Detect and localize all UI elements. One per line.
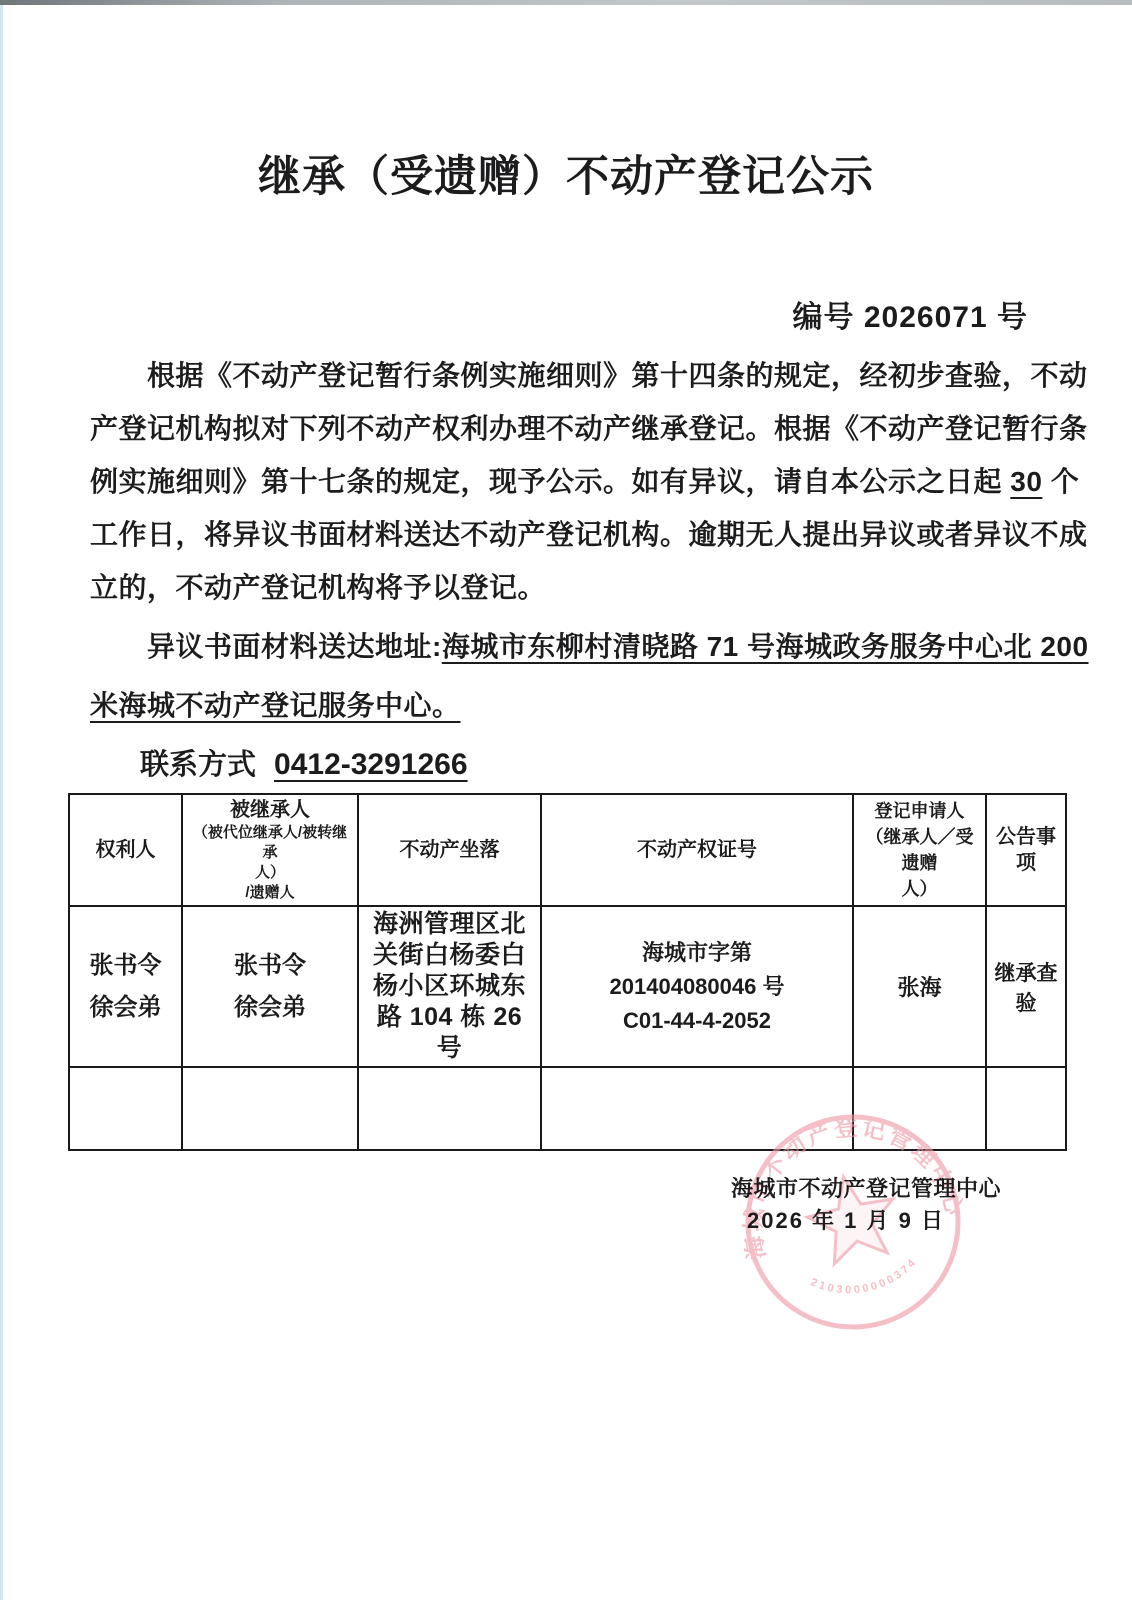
paragraph-line: 异议书面材料送达地址:海城市东柳村清晓路 71 号海城政务服务中心北 200 bbox=[90, 617, 1075, 676]
contact-label: 联系方式 bbox=[140, 749, 256, 781]
scan-left-edge bbox=[0, 5, 3, 1600]
location-unit-no: 26 bbox=[493, 1003, 522, 1031]
body-paragraph-2: 异议书面材料送达地址:海城市东柳村清晓路 71 号海城政务服务中心北 200 米… bbox=[90, 617, 1075, 735]
cell-applicant: 张海 bbox=[853, 906, 986, 1067]
document-page: 继承（受遗赠）不动产登记公示 编号 2026071 号 根据《不动产登记暂行条例… bbox=[0, 0, 1132, 1600]
seal-serial-number: 2103000000374 bbox=[807, 1254, 924, 1306]
location-text: 号 bbox=[437, 1034, 463, 1062]
announcement-table: 权利人 被继承人 （被代位继承人/被转继承 人） /遗赠人 不动产坐落 不动产权… bbox=[68, 793, 1067, 1151]
line-text: 例实施细则》第十七条的规定，现予公示。如有异议，请自本公示之日起 bbox=[90, 466, 1010, 497]
header-decedent-title: 被继承人 bbox=[186, 797, 354, 823]
paragraph-line: 产登记机构拟对下列不动产权利办理不动产继承登记。根据《不动产登记暂行条 bbox=[90, 402, 1075, 455]
paragraph-line: 立的，不动产登记机构将予以登记。 bbox=[90, 561, 1075, 614]
cell-announcement: 继承查验 bbox=[986, 906, 1066, 1067]
location-text: 栋 bbox=[453, 1003, 493, 1031]
scan-top-edge bbox=[0, 0, 1132, 5]
empty-cell bbox=[986, 1067, 1066, 1150]
header-announcement: 公告事项 bbox=[986, 794, 1066, 906]
contact-phone: 0412-3291266 bbox=[274, 748, 468, 781]
objection-days: 30 bbox=[1010, 466, 1042, 497]
cell-right-holder: 张书令 徐会弟 bbox=[69, 906, 182, 1067]
header-certificate: 不动产权证号 bbox=[541, 794, 853, 906]
header-decedent: 被继承人 （被代位继承人/被转继承 人） /遗赠人 bbox=[182, 794, 358, 906]
cell-certificate: 海城市字第 201404080046 号 C01-44-4-2052 bbox=[541, 906, 853, 1067]
address-label: 异议书面材料送达地址: bbox=[147, 631, 442, 662]
empty-cell bbox=[358, 1067, 541, 1150]
line-text: 个 bbox=[1042, 466, 1079, 497]
paragraph-line: 例实施细则》第十七条的规定，现予公示。如有异议，请自本公示之日起 30 个 bbox=[90, 455, 1075, 508]
empty-cell bbox=[69, 1067, 182, 1150]
header-location: 不动产坐落 bbox=[358, 794, 541, 906]
header-right-holder: 权利人 bbox=[69, 794, 182, 906]
issue-date: 2026 年 1 月 9 日 bbox=[636, 1204, 1056, 1235]
location-building-no: 104 bbox=[410, 1003, 453, 1031]
contact-line: 联系方式0412-3291266 bbox=[140, 742, 468, 783]
delivery-address-part1: 海城市东柳村清晓路 71 号海城政务服务中心北 200 bbox=[442, 631, 1089, 662]
empty-cell bbox=[182, 1067, 358, 1150]
issuer-name: 海城市不动产登记管理中心 bbox=[656, 1172, 1076, 1203]
body-paragraph-1: 根据《不动产登记暂行条例实施细则》第十四条的规定，经初步查验，不动 产登记机构拟… bbox=[90, 349, 1075, 614]
doc-number: 编号 2026071 号 bbox=[793, 292, 1028, 336]
header-applicant: 登记申请人 （继承人／受遗赠 人） bbox=[853, 794, 986, 906]
cell-location: 海洲管理区北关街白杨委白杨小区环城东路 104 栋 26 号 bbox=[358, 906, 541, 1067]
cell-decedent: 张书令 徐会弟 bbox=[182, 906, 358, 1067]
paragraph-line: 根据《不动产登记暂行条例实施细则》第十四条的规定，经初步查验，不动 bbox=[90, 349, 1075, 402]
delivery-address-part2: 米海城不动产登记服务中心。 bbox=[90, 690, 461, 721]
paragraph-line: 工作日，将异议书面材料送达不动产登记机构。逾期无人提出异议或者异议不成 bbox=[90, 508, 1075, 561]
svg-text:2103000000374: 2103000000374 bbox=[807, 1254, 924, 1306]
page-title: 继承（受遗赠）不动产登记公示 bbox=[0, 143, 1132, 204]
header-decedent-sub: （被代位继承人/被转继承 人） /遗赠人 bbox=[186, 823, 354, 903]
paragraph-line: 米海城不动产登记服务中心。 bbox=[90, 676, 1075, 735]
table-data-row: 张书令 徐会弟 张书令 徐会弟 海洲管理区北关街白杨委白杨小区环城东路 104 … bbox=[69, 906, 1066, 1067]
header-applicant-text: 登记申请人 （继承人／受遗赠 人） bbox=[857, 798, 982, 902]
table-header-row: 权利人 被继承人 （被代位继承人/被转继承 人） /遗赠人 不动产坐落 不动产权… bbox=[69, 794, 1066, 906]
